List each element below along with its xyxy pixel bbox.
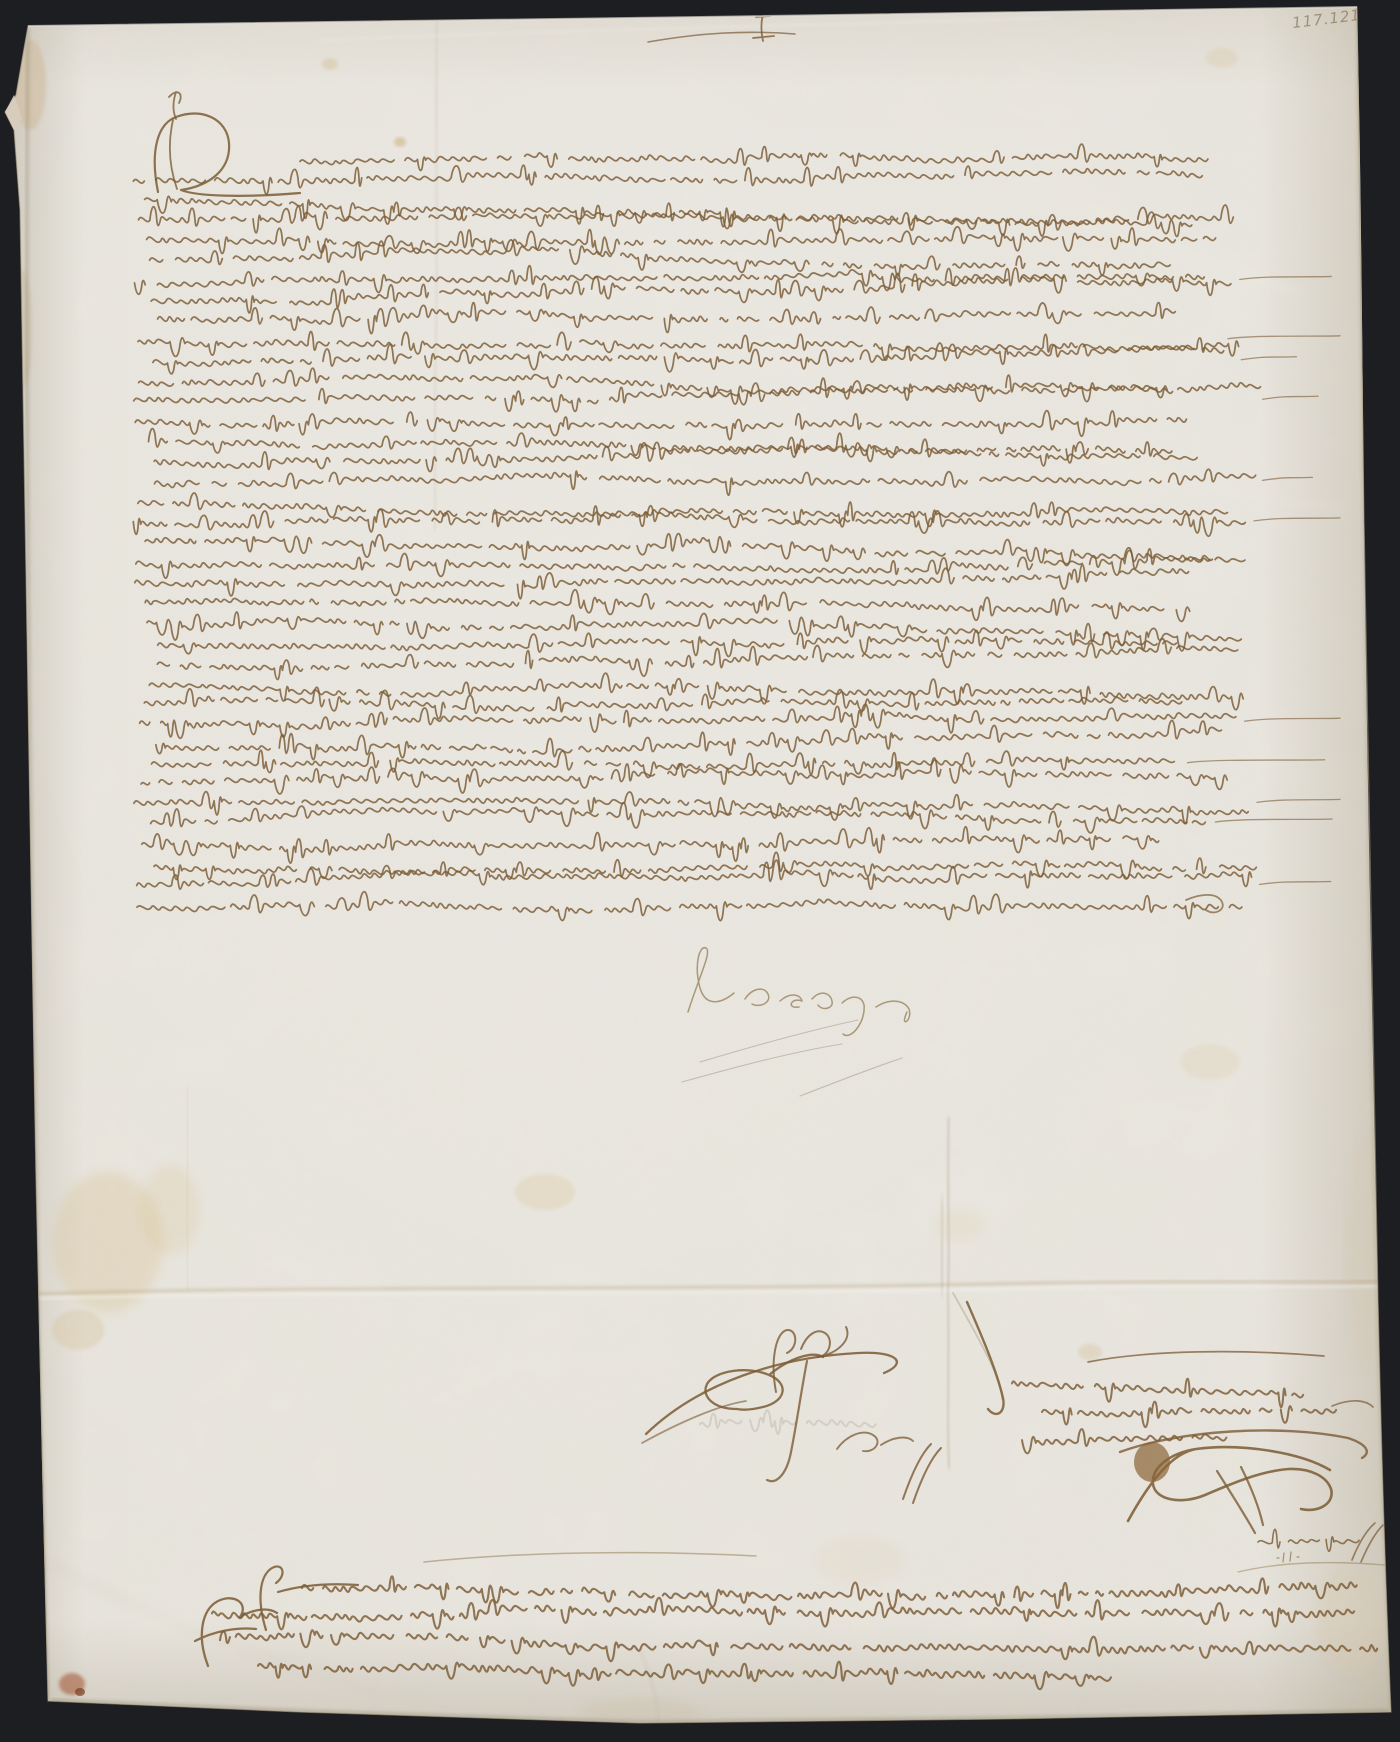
photo-backdrop: 117.121 <box>0 0 1400 1742</box>
parchment-document <box>0 0 1400 1742</box>
